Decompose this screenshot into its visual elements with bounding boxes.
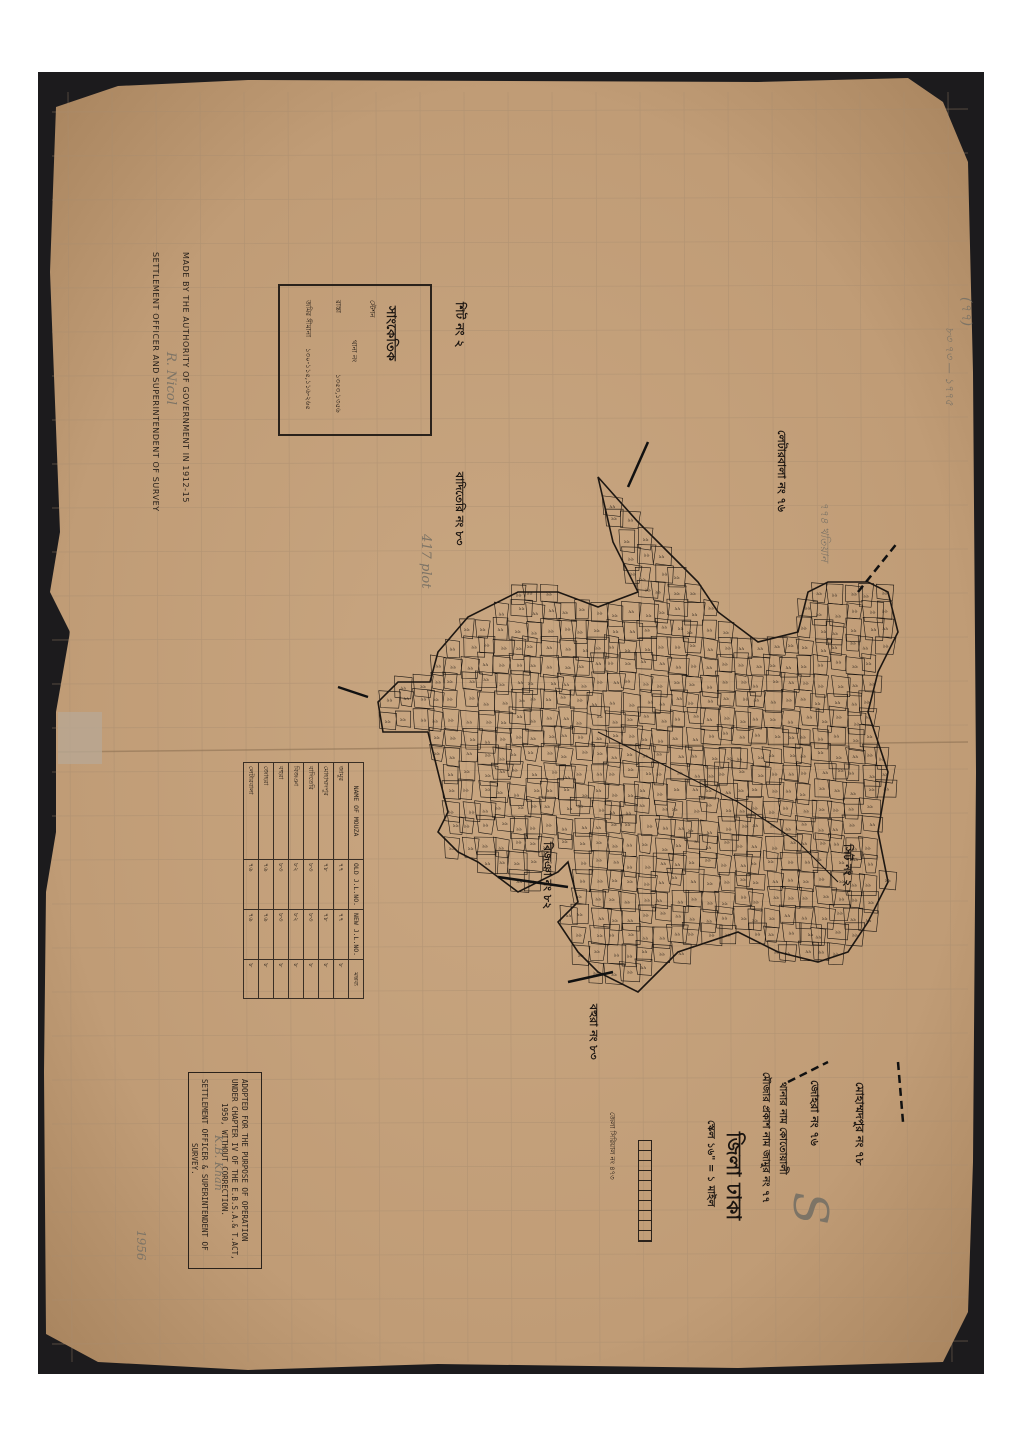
svg-text:৯৯: ৯৯ [530, 737, 536, 742]
svg-text:৯৯: ৯৯ [689, 917, 695, 922]
svg-text:৯৯: ৯৯ [450, 665, 456, 670]
svg-text:৯৯: ৯৯ [688, 829, 694, 834]
svg-text:৯৯: ৯৯ [770, 664, 776, 669]
svg-text:৯৯: ৯৯ [867, 753, 873, 758]
svg-text:৯৯: ৯৯ [836, 716, 842, 721]
svg-text:৯৯: ৯৯ [672, 808, 678, 813]
svg-text:৯৯: ৯৯ [868, 901, 874, 906]
adoption-line: SURVEY. [189, 1143, 199, 1175]
svg-text:৯৯: ৯৯ [693, 715, 699, 720]
adoption-line: UNDER CHAPTER IV OF THE E.B.S.A.& T.ACT, [229, 1079, 239, 1260]
svg-text:৯৯: ৯৯ [850, 918, 856, 923]
svg-text:৯৯: ৯৯ [768, 860, 774, 865]
svg-text:৯৯: ৯৯ [548, 609, 554, 614]
svg-text:৯৯: ৯৯ [612, 844, 618, 849]
svg-text:৯৯: ৯৯ [756, 665, 762, 670]
svg-text:৯৯: ৯৯ [832, 646, 838, 651]
svg-text:৯৯: ৯৯ [851, 629, 857, 634]
svg-text:৯৯: ৯৯ [769, 754, 775, 759]
svg-text:৯৯: ৯৯ [580, 842, 586, 847]
svg-text:৯৯: ৯৯ [626, 811, 632, 816]
svg-text:৯৯: ৯৯ [530, 697, 536, 702]
svg-text:৯৯: ৯৯ [706, 804, 712, 809]
svg-text:৯৯: ৯৯ [628, 794, 634, 799]
svg-text:৯৯: ৯৯ [852, 898, 858, 903]
svg-text:৯৯: ৯৯ [466, 752, 472, 757]
svg-text:৯৯: ৯৯ [499, 664, 505, 669]
svg-text:৯৯: ৯৯ [848, 808, 854, 813]
svg-text:৯৯: ৯৯ [783, 806, 789, 811]
svg-text:৯৯: ৯৯ [434, 752, 440, 757]
svg-text:৯৯: ৯৯ [805, 950, 811, 955]
svg-text:৯৯: ৯৯ [643, 715, 649, 720]
svg-text:৯৯: ৯৯ [743, 698, 749, 703]
svg-text:৯৯: ৯৯ [464, 824, 470, 829]
svg-text:৯৯: ৯৯ [675, 914, 681, 919]
svg-text:৯৯: ৯৯ [852, 755, 858, 760]
svg-text:৯৯: ৯৯ [740, 864, 746, 869]
svg-text:৯৯: ৯৯ [738, 664, 744, 669]
svg-text:৯৯: ৯৯ [627, 919, 633, 924]
svg-text:৯৯: ৯৯ [469, 680, 475, 685]
svg-text:৯৯: ৯৯ [662, 572, 668, 577]
svg-text:৯৯: ৯৯ [723, 631, 729, 636]
svg-text:৯৯: ৯৯ [722, 917, 728, 922]
svg-text:৯৯: ৯৯ [611, 517, 617, 522]
svg-text:৯৯: ৯৯ [707, 686, 713, 691]
svg-text:৯৯: ৯৯ [647, 700, 653, 705]
svg-text:৯৯: ৯৯ [627, 519, 633, 524]
svg-text:৯৯: ৯৯ [705, 859, 711, 864]
svg-text:৯৯: ৯৯ [598, 917, 604, 922]
svg-text:৯৯: ৯৯ [690, 592, 696, 597]
svg-text:৯৯: ৯৯ [753, 900, 759, 905]
svg-text:৯৯: ৯৯ [613, 681, 619, 686]
svg-text:৯৯: ৯৯ [547, 789, 553, 794]
svg-text:৯৯: ৯৯ [609, 934, 615, 939]
svg-text:৯৯: ৯৯ [788, 860, 794, 865]
svg-text:৯৯: ৯৯ [752, 685, 758, 690]
table-header: NEW J.L.NO. [349, 910, 364, 960]
svg-text:৯৯: ৯৯ [692, 738, 698, 743]
boundary-label-north: সিট নং ২ [837, 844, 856, 887]
svg-text:৯৯: ৯৯ [483, 703, 489, 708]
svg-text:৯৯: ৯৯ [805, 607, 811, 612]
svg-text:৯৯: ৯৯ [500, 738, 506, 743]
table-header: মন্তব্য [349, 960, 364, 999]
svg-text:৯৯: ৯৯ [564, 788, 570, 793]
svg-text:৯৯: ৯৯ [816, 613, 822, 618]
svg-text:৯৯: ৯৯ [676, 697, 682, 702]
svg-text:৯৯: ৯৯ [612, 614, 618, 619]
map-scale: স্কেল ১৬" = ১ মাইল [701, 1120, 718, 1207]
svg-text:৯৯: ৯৯ [672, 876, 678, 881]
svg-text:৯৯: ৯৯ [784, 914, 790, 919]
svg-text:৯৯: ৯৯ [709, 735, 715, 740]
svg-text:৯৯: ৯৯ [644, 554, 650, 559]
svg-text:৯৯: ৯৯ [596, 789, 602, 794]
svg-text:৯৯: ৯৯ [597, 611, 603, 616]
svg-text:৯৯: ৯৯ [815, 702, 821, 707]
svg-text:৯৯: ৯৯ [499, 758, 505, 763]
svg-text:৯৯: ৯৯ [447, 698, 453, 703]
svg-text:৯৯: ৯৯ [627, 718, 633, 723]
table-cell: ৭৮ [319, 860, 334, 910]
boundary-label-south: বিজঞা নং ৮২ [537, 842, 556, 909]
svg-text:৯৯: ৯৯ [787, 878, 793, 883]
table-cell: ৭৬ [259, 910, 274, 960]
svg-text:৯৯: ৯৯ [692, 613, 698, 618]
svg-text:৯৯: ৯৯ [801, 842, 807, 847]
pencil-note: 417 plot [418, 534, 433, 588]
svg-text:৯৯: ৯৯ [852, 665, 858, 670]
svg-text:৯৯: ৯৯ [712, 757, 718, 762]
svg-text:৯৯: ৯৯ [612, 919, 618, 924]
svg-text:৯৯: ৯৯ [751, 862, 757, 867]
svg-text:৯৯: ৯৯ [546, 698, 552, 703]
legend-box: সাংকেতিক স্টেশন থানা নং রাস্তা ১৩৫৩,১৩৫৬… [278, 284, 432, 436]
svg-text:৯৯: ৯৯ [544, 805, 550, 810]
svg-text:৯৯: ৯৯ [659, 662, 665, 667]
svg-text:৯৯: ৯৯ [582, 750, 588, 755]
svg-text:৯৯: ৯৯ [788, 720, 794, 725]
table-cell: ৮ [334, 960, 349, 999]
adoption-signature: K.B. Khan [212, 1135, 225, 1191]
svg-text:৯৯: ৯৯ [755, 932, 761, 937]
svg-text:৯৯: ৯৯ [565, 627, 571, 632]
svg-text:৯৯: ৯৯ [833, 808, 839, 813]
table-row: বাদিতেরি৮৩৮৩৮ [304, 763, 319, 999]
svg-text:৯৯: ৯৯ [532, 773, 538, 778]
table-cell: ৮ [259, 960, 274, 999]
svg-text:৯৯: ৯৯ [563, 683, 569, 688]
table-cell: বিজঞা [289, 763, 304, 860]
svg-text:৯৯: ৯৯ [659, 555, 665, 560]
svg-text:৯৯: ৯৯ [483, 678, 489, 683]
svg-text:৯৯: ৯৯ [723, 697, 729, 702]
svg-text:৯৯: ৯৯ [645, 588, 651, 593]
svg-text:৯৯: ৯৯ [433, 698, 439, 703]
svg-text:৯৯: ৯৯ [882, 609, 888, 614]
svg-text:৯৯: ৯৯ [740, 720, 746, 725]
svg-text:৯৯: ৯৯ [515, 630, 521, 635]
svg-text:৯৯: ৯৯ [772, 847, 778, 852]
svg-text:৯৯: ৯৯ [499, 861, 505, 866]
svg-text:৯৯: ৯৯ [629, 734, 635, 739]
svg-text:৯৯: ৯৯ [775, 735, 781, 740]
svg-text:৯৯: ৯৯ [674, 607, 680, 612]
svg-text:৯৯: ৯৯ [546, 717, 552, 722]
sheet-reference: জেলা সিরিয়াল নং ৪৭৩ [606, 1112, 618, 1180]
table-row: লেটারবালা৭৬৭৬৮ [244, 763, 259, 999]
svg-text:৯৯: ৯৯ [530, 842, 536, 847]
svg-text:৯৯: ৯৯ [564, 776, 570, 781]
legend-row-label: স্টেশন [366, 300, 378, 318]
svg-text:৯৯: ৯৯ [862, 646, 868, 651]
svg-text:৯৯: ৯৯ [706, 629, 712, 634]
svg-text:৯৯: ৯৯ [801, 626, 807, 631]
svg-text:৯৯: ৯৯ [578, 735, 584, 740]
svg-text:৯৯: ৯৯ [773, 680, 779, 685]
svg-text:৯৯: ৯৯ [837, 912, 843, 917]
svg-text:৯৯: ৯৯ [724, 841, 730, 846]
svg-text:৯৯: ৯৯ [435, 664, 441, 669]
svg-text:৯৯: ৯৯ [723, 731, 729, 736]
svg-text:৯৯: ৯৯ [640, 789, 646, 794]
svg-text:৯৯: ৯৯ [447, 680, 453, 685]
svg-text:৯৯: ৯৯ [656, 753, 662, 758]
svg-text:৯৯: ৯৯ [800, 698, 806, 703]
svg-text:৯৯: ৯৯ [463, 788, 469, 793]
svg-text:৯৯: ৯৯ [805, 860, 811, 865]
svg-text:৯৯: ৯৯ [866, 662, 872, 667]
svg-text:৯৯: ৯৯ [752, 717, 758, 722]
svg-text:৯৯: ৯৯ [642, 738, 648, 743]
authority-signature: R. Nicol [163, 352, 178, 405]
svg-text:৯৯: ৯৯ [836, 661, 842, 666]
svg-text:৯৯: ৯৯ [592, 703, 598, 708]
svg-text:৯৯: ৯৯ [772, 789, 778, 794]
svg-text:৯৯: ৯৯ [498, 628, 504, 633]
svg-text:৯৯: ৯৯ [801, 665, 807, 670]
svg-text:৯৯: ৯৯ [642, 950, 648, 955]
svg-text:৯৯: ৯৯ [739, 810, 745, 815]
authority-line-2: SETTLEMENT OFFICER AND SUPERINTENDENT OF… [151, 252, 160, 512]
svg-text:৯৯: ৯৯ [609, 811, 615, 816]
svg-text:৯৯: ৯৯ [742, 825, 748, 830]
svg-text:৯৯: ৯৯ [864, 700, 870, 705]
svg-text:৯৯: ৯৯ [512, 768, 518, 773]
svg-text:৯৯: ৯৯ [469, 811, 475, 816]
svg-text:৯৯: ৯৯ [518, 806, 524, 811]
svg-text:৯৯: ৯৯ [596, 841, 602, 846]
svg-text:৯৯: ৯৯ [595, 662, 601, 667]
svg-text:৯৯: ৯৯ [662, 848, 668, 853]
svg-text:৯৯: ৯৯ [517, 715, 523, 720]
svg-text:৯৯: ৯৯ [661, 626, 667, 631]
svg-text:৯৯: ৯৯ [677, 900, 683, 905]
svg-text:৯৯: ৯৯ [692, 788, 698, 793]
svg-text:৯৯: ৯৯ [547, 752, 553, 757]
svg-text:৯৯: ৯৯ [627, 753, 633, 758]
svg-text:৯৯: ৯৯ [674, 576, 680, 581]
district-name: জিলা ঢাকা [715, 1132, 748, 1220]
svg-text:৯৯: ৯৯ [485, 753, 491, 758]
svg-text:৯৯: ৯৯ [786, 790, 792, 795]
svg-text:৯৯: ৯৯ [751, 845, 757, 850]
svg-text:৯৯: ৯৯ [627, 880, 633, 885]
svg-text:৯৯: ৯৯ [689, 861, 695, 866]
svg-text:৯৯: ৯৯ [646, 772, 652, 777]
svg-text:৯৯: ৯৯ [741, 681, 747, 686]
legend-row-label: জমির সীমানা [302, 300, 314, 337]
svg-text:৯৯: ৯৯ [577, 698, 583, 703]
svg-text:৯৯: ৯৯ [501, 646, 507, 651]
svg-text:৯৯: ৯৯ [674, 681, 680, 686]
svg-text:৯৯: ৯৯ [785, 666, 791, 671]
mouza-name: মৌজার প্রকাশ নাম জামুর নং ৭৭ [756, 1072, 773, 1203]
svg-text:৯৯: ৯৯ [567, 807, 573, 812]
svg-text:৯৯: ৯৯ [707, 648, 713, 653]
pencil-note: (৭৭) [954, 297, 978, 326]
svg-text:৯৯: ৯৯ [499, 770, 505, 775]
svg-text:৯৯: ৯৯ [853, 739, 859, 744]
svg-text:৯৯: ৯৯ [647, 825, 653, 830]
svg-text:৯৯: ৯৯ [519, 607, 525, 612]
svg-text:৯৯: ৯৯ [643, 682, 649, 687]
svg-text:৯৯: ৯৯ [785, 827, 791, 832]
svg-text:৯৯: ৯৯ [820, 842, 826, 847]
svg-text:৯৯: ৯৯ [643, 913, 649, 918]
table-cell: ৮ [244, 960, 259, 999]
svg-text:৯৯: ৯৯ [643, 538, 649, 543]
svg-text:৯৯: ৯৯ [691, 898, 697, 903]
table-row: মোহাম্মদপুর৭৮৭৮৮ [319, 763, 334, 999]
svg-text:৯৯: ৯৯ [741, 917, 747, 922]
svg-text:৯৯: ৯৯ [755, 734, 761, 739]
svg-text:৯৯: ৯৯ [511, 753, 517, 758]
svg-text:৯৯: ৯৯ [739, 770, 745, 775]
svg-text:৯৯: ৯৯ [552, 770, 558, 775]
svg-text:৯৯: ৯৯ [514, 862, 520, 867]
pencil-note: S [782, 1192, 838, 1225]
svg-text:৯৯: ৯৯ [839, 898, 845, 903]
svg-text:৯৯: ৯৯ [863, 594, 869, 599]
svg-text:৯৯: ৯৯ [581, 826, 587, 831]
svg-text:৯৯: ৯৯ [594, 950, 600, 955]
svg-text:৯৯: ৯৯ [578, 804, 584, 809]
pencil-note: ৭৭৪ খতিয়ান [814, 502, 833, 562]
svg-text:৯৯: ৯৯ [608, 645, 614, 650]
svg-text:৯৯: ৯৯ [609, 505, 615, 510]
svg-text:৯৯: ৯৯ [628, 933, 634, 938]
svg-text:৯৯: ৯৯ [614, 954, 620, 959]
svg-text:৯৯: ৯৯ [562, 840, 568, 845]
svg-text:৯৯: ৯৯ [435, 680, 441, 685]
svg-text:৯৯: ৯৯ [471, 645, 477, 650]
svg-text:৯৯: ৯৯ [674, 592, 680, 597]
svg-text:৯৯: ৯৯ [582, 794, 588, 799]
svg-text:৯৯: ৯৯ [802, 646, 808, 651]
svg-text:৯৯: ৯৯ [852, 684, 858, 689]
svg-text:৯৯: ৯৯ [688, 701, 694, 706]
svg-text:৯৯: ৯৯ [662, 826, 668, 831]
svg-text:৯৯: ৯৯ [626, 844, 632, 849]
svg-text:৯৯: ৯৯ [612, 879, 618, 884]
svg-text:৯৯: ৯৯ [400, 686, 406, 691]
svg-text:৯৯: ৯৯ [656, 899, 662, 904]
svg-text:৯৯: ৯৯ [497, 791, 503, 796]
authority-line-1: MADE BY THE AUTHORITY OF GOVERNMENT IN 1… [181, 252, 190, 503]
svg-text:৯৯: ৯৯ [659, 703, 665, 708]
table-cell: ৮৩ [304, 860, 319, 910]
svg-text:৯৯: ৯৯ [675, 717, 681, 722]
svg-text:৯৯: ৯৯ [852, 610, 858, 615]
table-header: NAME OF MOUZA [349, 763, 364, 860]
svg-text:৯৯: ৯৯ [803, 880, 809, 885]
svg-text:৯৯: ৯৯ [678, 952, 684, 957]
svg-text:৯৯: ৯৯ [576, 934, 582, 939]
svg-text:৯৯: ৯৯ [563, 717, 569, 722]
svg-text:৯৯: ৯৯ [690, 644, 696, 649]
svg-text:৯৯: ৯৯ [613, 734, 619, 739]
svg-text:৯৯: ৯৯ [531, 804, 537, 809]
svg-text:৯৯: ৯৯ [660, 862, 666, 867]
svg-text:৯৯: ৯৯ [819, 787, 825, 792]
svg-text:৯৯: ৯৯ [752, 788, 758, 793]
svg-text:৯৯: ৯৯ [517, 681, 523, 686]
svg-text:৯৯: ৯৯ [867, 805, 873, 810]
svg-text:৯৯: ৯৯ [818, 738, 824, 743]
svg-text:৯৯: ৯৯ [448, 719, 454, 724]
svg-text:৯৯: ৯৯ [561, 755, 567, 760]
table-cell: মোহাম্মদপুর [319, 763, 334, 860]
svg-text:৯৯: ৯৯ [644, 899, 650, 904]
svg-text:৯৯: ৯৯ [640, 578, 646, 583]
svg-text:৯৯: ৯৯ [485, 741, 491, 746]
svg-text:৯৯: ৯৯ [675, 645, 681, 650]
svg-text:৯৯: ৯৯ [832, 828, 838, 833]
svg-text:৯৯: ৯৯ [822, 917, 828, 922]
svg-text:৯৯: ৯৯ [482, 845, 488, 850]
svg-text:৯৯: ৯৯ [627, 865, 633, 870]
svg-text:৯৯: ৯৯ [467, 667, 473, 672]
svg-text:৯৯: ৯৯ [546, 646, 552, 651]
table-cell: বাদিতেরি [304, 763, 319, 860]
svg-text:৯৯: ৯৯ [674, 788, 680, 793]
svg-text:৯৯: ৯৯ [595, 897, 601, 902]
svg-text:৯৯: ৯৯ [850, 642, 856, 647]
svg-text:৯৯: ৯৯ [708, 775, 714, 780]
svg-text:৯৯: ৯৯ [801, 823, 807, 828]
boundary-label-northwest: লেটারবালা নং ৭৬ [771, 430, 790, 512]
svg-text:৯৯: ৯৯ [628, 768, 634, 773]
svg-text:৯৯: ৯৯ [660, 912, 666, 917]
svg-text:৯৯: ৯৯ [707, 901, 713, 906]
svg-text:৯৯: ৯৯ [532, 612, 538, 617]
svg-text:৯৯: ৯৯ [838, 769, 844, 774]
svg-text:৯৯: ৯৯ [706, 831, 712, 836]
table-header: OLD J.L.NO. [349, 860, 364, 910]
svg-text:৯৯: ৯৯ [639, 804, 645, 809]
svg-text:৯৯: ৯৯ [865, 847, 871, 852]
svg-text:৯৯: ৯৯ [691, 754, 697, 759]
svg-text:৯৯: ৯৯ [400, 718, 406, 723]
svg-text:৯৯: ৯৯ [581, 685, 587, 690]
svg-text:৯৯: ৯৯ [819, 808, 825, 813]
svg-text:৯৯: ৯৯ [659, 611, 665, 616]
table-cell: লেটারবালা [244, 763, 259, 860]
svg-text:৯৯: ৯৯ [674, 933, 680, 938]
svg-text:৯৯: ৯৯ [625, 823, 631, 828]
svg-text:৯৯: ৯৯ [659, 953, 665, 958]
svg-text:৯৯: ৯৯ [625, 679, 631, 684]
table-cell: ৭৬ [244, 910, 259, 960]
svg-text:৯৯: ৯৯ [753, 881, 759, 886]
table-cell: ৮ [289, 960, 304, 999]
svg-text:৯৯: ৯৯ [833, 734, 839, 739]
svg-text:৯৯: ৯৯ [644, 882, 650, 887]
svg-text:৯৯: ৯৯ [448, 773, 454, 778]
svg-text:৯৯: ৯৯ [530, 664, 536, 669]
svg-text:৯৯: ৯৯ [464, 770, 470, 775]
svg-text:৯৯: ৯৯ [674, 863, 680, 868]
table-cell: জামুর [334, 763, 349, 860]
table-cell: ৮ [304, 960, 319, 999]
svg-text:৯৯: ৯৯ [772, 880, 778, 885]
table-row: বহুরা৮৩৮৩৮ [274, 763, 289, 999]
svg-text:৯৯: ৯৯ [801, 917, 807, 922]
